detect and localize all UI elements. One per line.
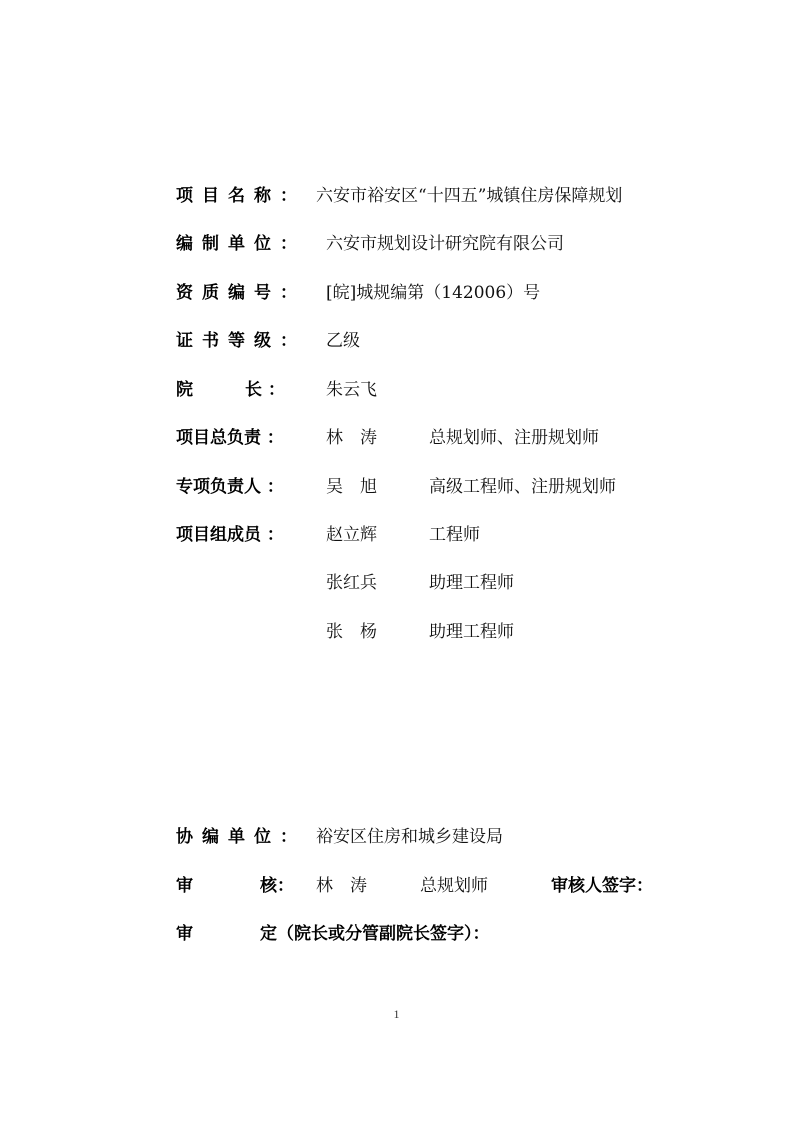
certificate-row: 证书等级： 乙级	[0, 328, 793, 354]
approval-label-right: 定（院长或分管副院长签字）：	[260, 921, 490, 947]
project-lead-row: 项目总负责 ： 林 涛 总规划师、注册规划师	[0, 425, 793, 451]
co-compiler-value: 裕安区住房和城乡建设局	[316, 824, 503, 850]
member-title: 助理工程师	[429, 619, 514, 645]
project-lead-title: 总规划师、注册规划师	[429, 425, 599, 451]
certificate-label: 证书等级：	[176, 328, 306, 354]
president-label: 院 长：	[176, 377, 291, 403]
project-name-label: 项目名称：	[176, 183, 306, 209]
co-compiler-label: 协编单位：	[176, 824, 306, 850]
specialist-lead-label: 专项负责人 ：	[176, 474, 284, 500]
compiler-row: 编制单位： 六安市规划设计研究院有限公司	[0, 231, 793, 257]
qualification-label: 资质编号：	[176, 280, 306, 306]
reviewer-row: 审 核： 林 涛 总规划师 审核人签字：	[0, 873, 793, 899]
reviewer-name: 林 涛	[316, 873, 367, 899]
page-number: 1	[0, 1007, 793, 1022]
project-lead-name: 林 涛	[326, 425, 377, 451]
member-name: 赵立辉	[326, 522, 377, 548]
project-name-value: 六安市裕安区“十四五”城镇住房保障规划	[316, 183, 622, 209]
member-row: 张红兵 助理工程师	[0, 570, 793, 596]
reviewer-title: 总规划师	[420, 873, 488, 899]
specialist-lead-title: 高级工程师、注册规划师	[429, 474, 616, 500]
approval-row: 审 定（院长或分管副院长签字）：	[0, 921, 793, 947]
specialist-lead-name: 吴 旭	[326, 474, 377, 500]
specialist-lead-row: 专项负责人 ： 吴 旭 高级工程师、注册规划师	[0, 474, 793, 500]
member-title: 工程师	[429, 522, 480, 548]
compiler-value: 六安市规划设计研究院有限公司	[326, 231, 564, 257]
president-value: 朱云飞	[326, 377, 377, 403]
compiler-label: 编制单位：	[176, 231, 306, 257]
reviewer-signature-label: 审核人签字：	[551, 873, 653, 899]
member-row: 张 杨 助理工程师	[0, 619, 793, 645]
member-row: 项目组成员 ： 赵立辉 工程师	[0, 522, 793, 548]
qualification-value: [皖]城规编第（142006）号	[326, 280, 540, 306]
project-name-row: 项目名称： 六安市裕安区“十四五”城镇住房保障规划	[0, 183, 793, 209]
certificate-value: 乙级	[326, 328, 360, 354]
qualification-row: 资质编号： [皖]城规编第（142006）号	[0, 280, 793, 306]
member-name: 张 杨	[326, 619, 377, 645]
approval-label-left: 审	[176, 921, 193, 947]
reviewer-label-right: 核：	[260, 873, 294, 899]
co-compiler-row: 协编单位： 裕安区住房和城乡建设局	[0, 824, 793, 850]
member-title: 助理工程师	[429, 570, 514, 596]
members-label: 项目组成员 ：	[176, 522, 284, 548]
president-row: 院 长： 朱云飞	[0, 377, 793, 403]
project-lead-label: 项目总负责 ：	[176, 425, 284, 451]
reviewer-label-left: 审	[176, 873, 193, 899]
member-name: 张红兵	[326, 570, 377, 596]
